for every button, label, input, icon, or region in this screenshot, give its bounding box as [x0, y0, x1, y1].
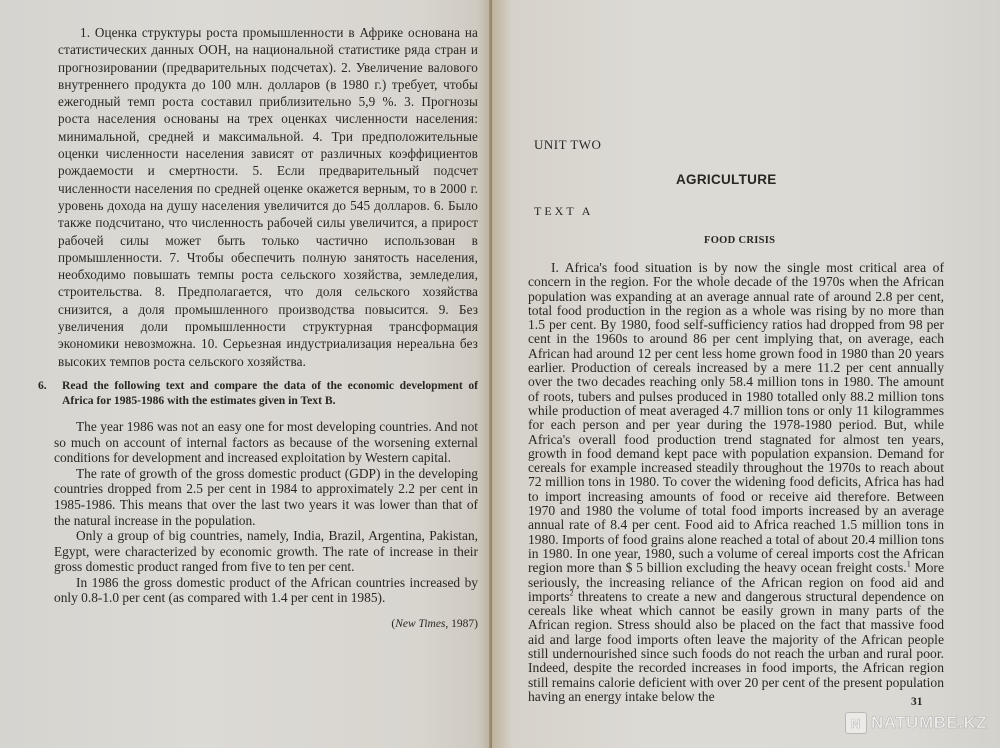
source-year: , 1987 — [445, 618, 474, 630]
left-page: 1. Оценка структуры роста промышленности… — [0, 0, 492, 748]
paragraph-1: The year 1986 was not an easy one for mo… — [54, 419, 478, 466]
body-text-part-3: threatens to create a new and dangerous … — [528, 589, 944, 704]
paragraph-3: Only a group of big countries, namely, I… — [54, 528, 478, 575]
right-page: UNIT TWO AGRICULTURE TEXT A FOOD CRISIS … — [492, 0, 1000, 748]
chapter-heading: AGRICULTURE — [676, 172, 777, 187]
watermark: N NATUMBE.KZ — [845, 712, 987, 734]
watermark-text: NATUMBE.KZ — [871, 713, 987, 733]
exercise-number: 6. — [38, 378, 62, 409]
russian-answer-key-paragraph: 1. Оценка структуры роста промышленности… — [58, 24, 478, 370]
text-label: TEXT A — [534, 204, 593, 219]
body-paragraph: I. Africa's food situation is by now the… — [528, 261, 944, 704]
unit-title: UNIT TWO — [534, 137, 601, 153]
exercise-instruction: Read the following text and compare the … — [62, 378, 478, 409]
exercise-text: The year 1986 was not an easy one for mo… — [54, 419, 478, 630]
left-page-content: 1. Оценка структуры роста промышленности… — [58, 24, 478, 630]
watermark-logo-icon: N — [845, 712, 867, 734]
exercise-6: 6. Read the following text and compare t… — [58, 378, 478, 409]
paragraph-2: The rate of growth of the gross domestic… — [54, 466, 478, 528]
paragraph-4: In 1986 the gross domestic product of th… — [54, 575, 478, 606]
source-citation: (New Times, 1987) — [54, 618, 478, 630]
page-number: 31 — [911, 696, 923, 708]
section-subheading: FOOD CRISIS — [704, 235, 775, 246]
body-text-part-1: I. Africa's food situation is by now the… — [528, 260, 944, 575]
source-publication: New Times — [395, 618, 445, 630]
